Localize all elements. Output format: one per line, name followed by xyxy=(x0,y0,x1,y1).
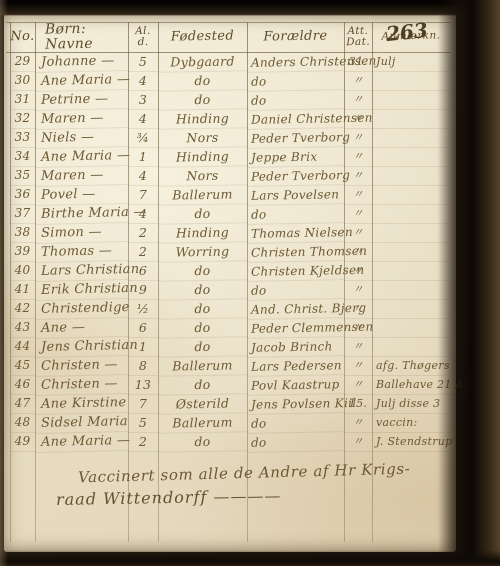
table-cell-date: 〃 xyxy=(344,204,372,224)
table-row: 39Thomas —2WorringChristen Thomsen〃 xyxy=(6,242,450,261)
table-row: 49Ane Maria —2dodo〃J. Stendstrup xyxy=(6,432,450,451)
table-cell-place: do xyxy=(158,374,247,396)
table-cell-place: do xyxy=(158,203,247,225)
table-cell-parents: do xyxy=(247,89,344,111)
table-cell-name: Ane Maria — xyxy=(35,146,128,168)
table-row: 30Ane Maria —4dodo〃 xyxy=(6,71,450,90)
table-cell-date: 〃 xyxy=(344,185,372,205)
table-cell-place: do xyxy=(158,89,247,111)
table-cell-no: 30 xyxy=(10,71,35,91)
table-cell-parents: Lars Pedersen xyxy=(247,355,344,377)
table-cell-no: 34 xyxy=(10,147,35,167)
table-cell-no: 32 xyxy=(10,109,35,129)
table-body: 29Johanne —5DybgaardAnders Christensen31… xyxy=(6,52,450,451)
table-cell-place: Hinding xyxy=(158,222,247,244)
table-cell-place: do xyxy=(158,298,247,320)
table-cell-place: do xyxy=(158,431,247,453)
column-header-date: Att. Dat. xyxy=(344,26,372,49)
table-cell-date: 〃 xyxy=(344,432,372,452)
table-row: 46Christen —13doPovl Kaastrup〃Ballehave … xyxy=(6,375,450,394)
table-cell-date: 〃 xyxy=(344,71,372,91)
table-cell-age: 2 xyxy=(128,223,158,243)
table-cell-age: ¾ xyxy=(128,128,158,148)
table-cell-no: 44 xyxy=(10,337,35,357)
table-cell-name: Sidsel Maria xyxy=(35,412,128,434)
table-cell-no: 29 xyxy=(10,52,35,72)
table-cell-age: ½ xyxy=(128,299,158,319)
table-cell-parents: do xyxy=(247,70,344,92)
table-header-row: No. Børn: Navne Al. d. Fødested Forældre… xyxy=(6,22,450,52)
table-cell-place: do xyxy=(158,336,247,358)
table-row: 35Maren —4NorsPeder Tverborg〃 xyxy=(6,166,450,185)
table-cell-remark: afg. Thøgers xyxy=(372,356,450,376)
table-cell-age: 8 xyxy=(128,356,158,376)
page-number: 263 xyxy=(385,18,429,46)
table-cell-remark xyxy=(372,242,450,262)
column-header-no: No. xyxy=(10,30,35,44)
table-cell-parents: do xyxy=(247,431,344,453)
table-cell-name: Birthe Maria — xyxy=(35,203,128,225)
table-cell-remark xyxy=(372,280,450,300)
table-cell-remark xyxy=(372,223,450,243)
table-cell-age: 5 xyxy=(128,413,158,433)
table-cell-age: 4 xyxy=(128,166,158,186)
table-cell-name: Niels — xyxy=(35,127,128,149)
table-cell-place: do xyxy=(158,279,247,301)
table-cell-age: 7 xyxy=(128,394,158,414)
table-cell-no: 48 xyxy=(10,413,35,433)
column-header-age: Al. d. xyxy=(128,26,158,49)
table-cell-place: do xyxy=(158,260,247,282)
table-cell-parents: do xyxy=(247,279,344,301)
paper-sheet: No. Børn: Navne Al. d. Fødested Forældre… xyxy=(4,14,456,552)
table-cell-remark: Ballehave 21 Aug. xyxy=(372,375,482,395)
table-cell-date: 〃 xyxy=(344,90,372,110)
table-cell-parents: Christen Thomsen xyxy=(247,241,344,263)
table-cell-parents: do xyxy=(247,203,344,225)
table-cell-place: Worring xyxy=(158,241,247,263)
table-row: 43Ane —6doPeder Clemmensen〃 xyxy=(6,318,450,337)
table-row: 45Christen —8BallerumLars Pedersen〃afg. … xyxy=(6,356,450,375)
table-cell-parents: Thomas Nielsen xyxy=(247,222,344,244)
table-cell-name: Povel — xyxy=(35,184,128,206)
table-cell-parents: do xyxy=(247,412,344,434)
table-cell-name: Jens Christian xyxy=(35,336,128,358)
scanned-register-page: No. Børn: Navne Al. d. Fødested Forældre… xyxy=(0,0,500,566)
table-cell-age: 2 xyxy=(128,432,158,452)
table-cell-no: 35 xyxy=(10,166,35,186)
table-cell-parents: Lars Povelsen xyxy=(247,184,344,206)
table-cell-name: Maren — xyxy=(35,108,128,130)
footer-note-line2: raad Wittendorff ———— xyxy=(56,486,282,509)
table-row: 40Lars Christian6doChristen Kjeldsen〃 xyxy=(6,261,450,280)
table-cell-name: Petrine — xyxy=(35,89,128,111)
table-cell-date: 〃 xyxy=(344,337,372,357)
table-cell-place: Nors xyxy=(158,127,247,149)
table-cell-remark xyxy=(372,337,450,357)
table-row: 37Birthe Maria —4dodo〃 xyxy=(6,204,450,223)
table-cell-no: 36 xyxy=(10,185,35,205)
table-cell-remark xyxy=(372,128,450,148)
table-cell-age: 5 xyxy=(128,52,158,72)
table-cell-name: Christen — xyxy=(35,374,128,396)
table-cell-no: 38 xyxy=(10,223,35,243)
table-row: 44Jens Christian1doJacob Brinch〃 xyxy=(6,337,450,356)
column-header-parents: Forældre xyxy=(247,29,344,44)
table-cell-no: 39 xyxy=(10,242,35,262)
table-cell-date: 〃 xyxy=(344,280,372,300)
ruled-table: No. Børn: Navne Al. d. Fødested Forældre… xyxy=(6,22,450,542)
table-cell-name: Simon — xyxy=(35,222,128,244)
table-cell-parents: Jens Povlsen Kiil xyxy=(247,393,344,415)
table-cell-name: Ane — xyxy=(35,317,128,339)
table-row: 47Ane Kirstine7ØsterildJens Povlsen Kiil… xyxy=(6,394,450,413)
table-cell-age: 3 xyxy=(128,90,158,110)
table-cell-no: 40 xyxy=(10,261,35,281)
table-row: 31Petrine —3dodo〃 xyxy=(6,90,450,109)
table-cell-date: 〃 xyxy=(344,413,372,433)
table-cell-parents: Peder Tverborg xyxy=(247,127,344,149)
table-cell-no: 41 xyxy=(10,280,35,300)
table-cell-place: Hinding xyxy=(158,108,247,130)
table-cell-remark xyxy=(372,166,450,186)
table-cell-remark: Julj disse 3 xyxy=(372,394,450,414)
table-cell-no: 46 xyxy=(10,375,35,395)
table-cell-remark: Julj xyxy=(372,52,450,72)
table-row: 38Simon —2HindingThomas Nielsen〃 xyxy=(6,223,450,242)
table-cell-name: Ane Kirstine xyxy=(35,393,128,415)
table-cell-place: Ballerum xyxy=(158,355,247,377)
table-row: 42Christendige½doAnd. Christ. Bjerg〃 xyxy=(6,299,450,318)
table-cell-remark xyxy=(372,261,450,281)
table-cell-age: 2 xyxy=(128,242,158,262)
table-cell-parents: Anders Christensen xyxy=(247,51,344,73)
table-cell-remark xyxy=(372,147,450,167)
table-row: 48Sidsel Maria5Ballerumdo〃vaccin: xyxy=(6,413,450,432)
table-cell-date: 〃 xyxy=(344,147,372,167)
table-cell-name: Ane Maria — xyxy=(35,431,128,453)
table-cell-age: 4 xyxy=(128,109,158,129)
table-cell-remark: J. Stendstrup xyxy=(372,432,453,452)
table-cell-age: 1 xyxy=(128,147,158,167)
table-cell-place: Østerild xyxy=(158,393,247,415)
table-cell-no: 45 xyxy=(10,356,35,376)
table-row: 29Johanne —5DybgaardAnders Christensen31… xyxy=(6,52,450,71)
table-cell-place: Ballerum xyxy=(158,412,247,434)
table-row: 41Erik Christian9dodo〃 xyxy=(6,280,450,299)
table-cell-no: 43 xyxy=(10,318,35,338)
table-cell-parents: Jacob Brinch xyxy=(247,336,344,358)
table-cell-place: Ballerum xyxy=(158,184,247,206)
table-cell-remark xyxy=(372,71,450,91)
table-row: 34Ane Maria —1HindingJeppe Brix〃 xyxy=(6,147,450,166)
table-cell-parents: Povl Kaastrup xyxy=(247,374,344,396)
table-cell-no: 37 xyxy=(10,204,35,224)
table-cell-name: Johanne — xyxy=(35,51,128,73)
table-cell-no: 49 xyxy=(10,432,35,452)
table-cell-parents: And. Christ. Bjerg xyxy=(247,298,344,320)
table-cell-remark xyxy=(372,185,450,205)
table-cell-name: Maren — xyxy=(35,165,128,187)
column-header-name: Børn: Navne xyxy=(35,22,128,53)
table-cell-remark xyxy=(372,318,450,338)
table-row: 33Niels —¾NorsPeder Tverborg〃 xyxy=(6,128,450,147)
table-cell-parents: Peder Tverborg xyxy=(247,165,344,187)
table-cell-parents: Daniel Christensen xyxy=(247,108,344,130)
table-cell-no: 47 xyxy=(10,394,35,414)
table-cell-parents: Jeppe Brix xyxy=(247,146,344,168)
table-cell-name: Christen — xyxy=(35,355,128,377)
table-cell-remark: vaccin: xyxy=(372,413,450,433)
table-cell-age: 4 xyxy=(128,71,158,91)
table-cell-place: Hinding xyxy=(158,146,247,168)
table-cell-place: do xyxy=(158,70,247,92)
table-cell-place: Dybgaard xyxy=(158,51,247,73)
table-cell-no: 31 xyxy=(10,90,35,110)
book-edge-bottom xyxy=(0,550,500,566)
table-row: 32Maren —4HindingDaniel Christensen〃 xyxy=(6,109,450,128)
table-cell-no: 33 xyxy=(10,128,35,148)
table-cell-name: Lars Christian xyxy=(35,260,128,282)
table-cell-name: Erik Christian xyxy=(35,279,128,301)
table-cell-age: 13 xyxy=(128,375,158,395)
table-cell-no: 42 xyxy=(10,299,35,319)
table-row: 36Povel —7BallerumLars Povelsen〃 xyxy=(6,185,450,204)
table-cell-name: Ane Maria — xyxy=(35,70,128,92)
table-cell-remark xyxy=(372,90,450,110)
table-cell-name: Christendige xyxy=(35,298,128,320)
table-cell-age: 7 xyxy=(128,185,158,205)
table-cell-parents: Peder Clemmensen xyxy=(247,317,344,339)
table-cell-remark xyxy=(372,204,450,224)
table-cell-remark xyxy=(372,299,450,319)
table-cell-date: 〃 xyxy=(344,375,372,395)
table-cell-remark xyxy=(372,109,450,129)
table-cell-place: Nors xyxy=(158,165,247,187)
table-cell-parents: Christen Kjeldsen xyxy=(247,260,344,282)
table-cell-place: do xyxy=(158,317,247,339)
table-cell-name: Thomas — xyxy=(35,241,128,263)
column-header-place: Fødested xyxy=(158,29,247,44)
table-cell-age: 6 xyxy=(128,318,158,338)
table-cell-date: 〃 xyxy=(344,356,372,376)
